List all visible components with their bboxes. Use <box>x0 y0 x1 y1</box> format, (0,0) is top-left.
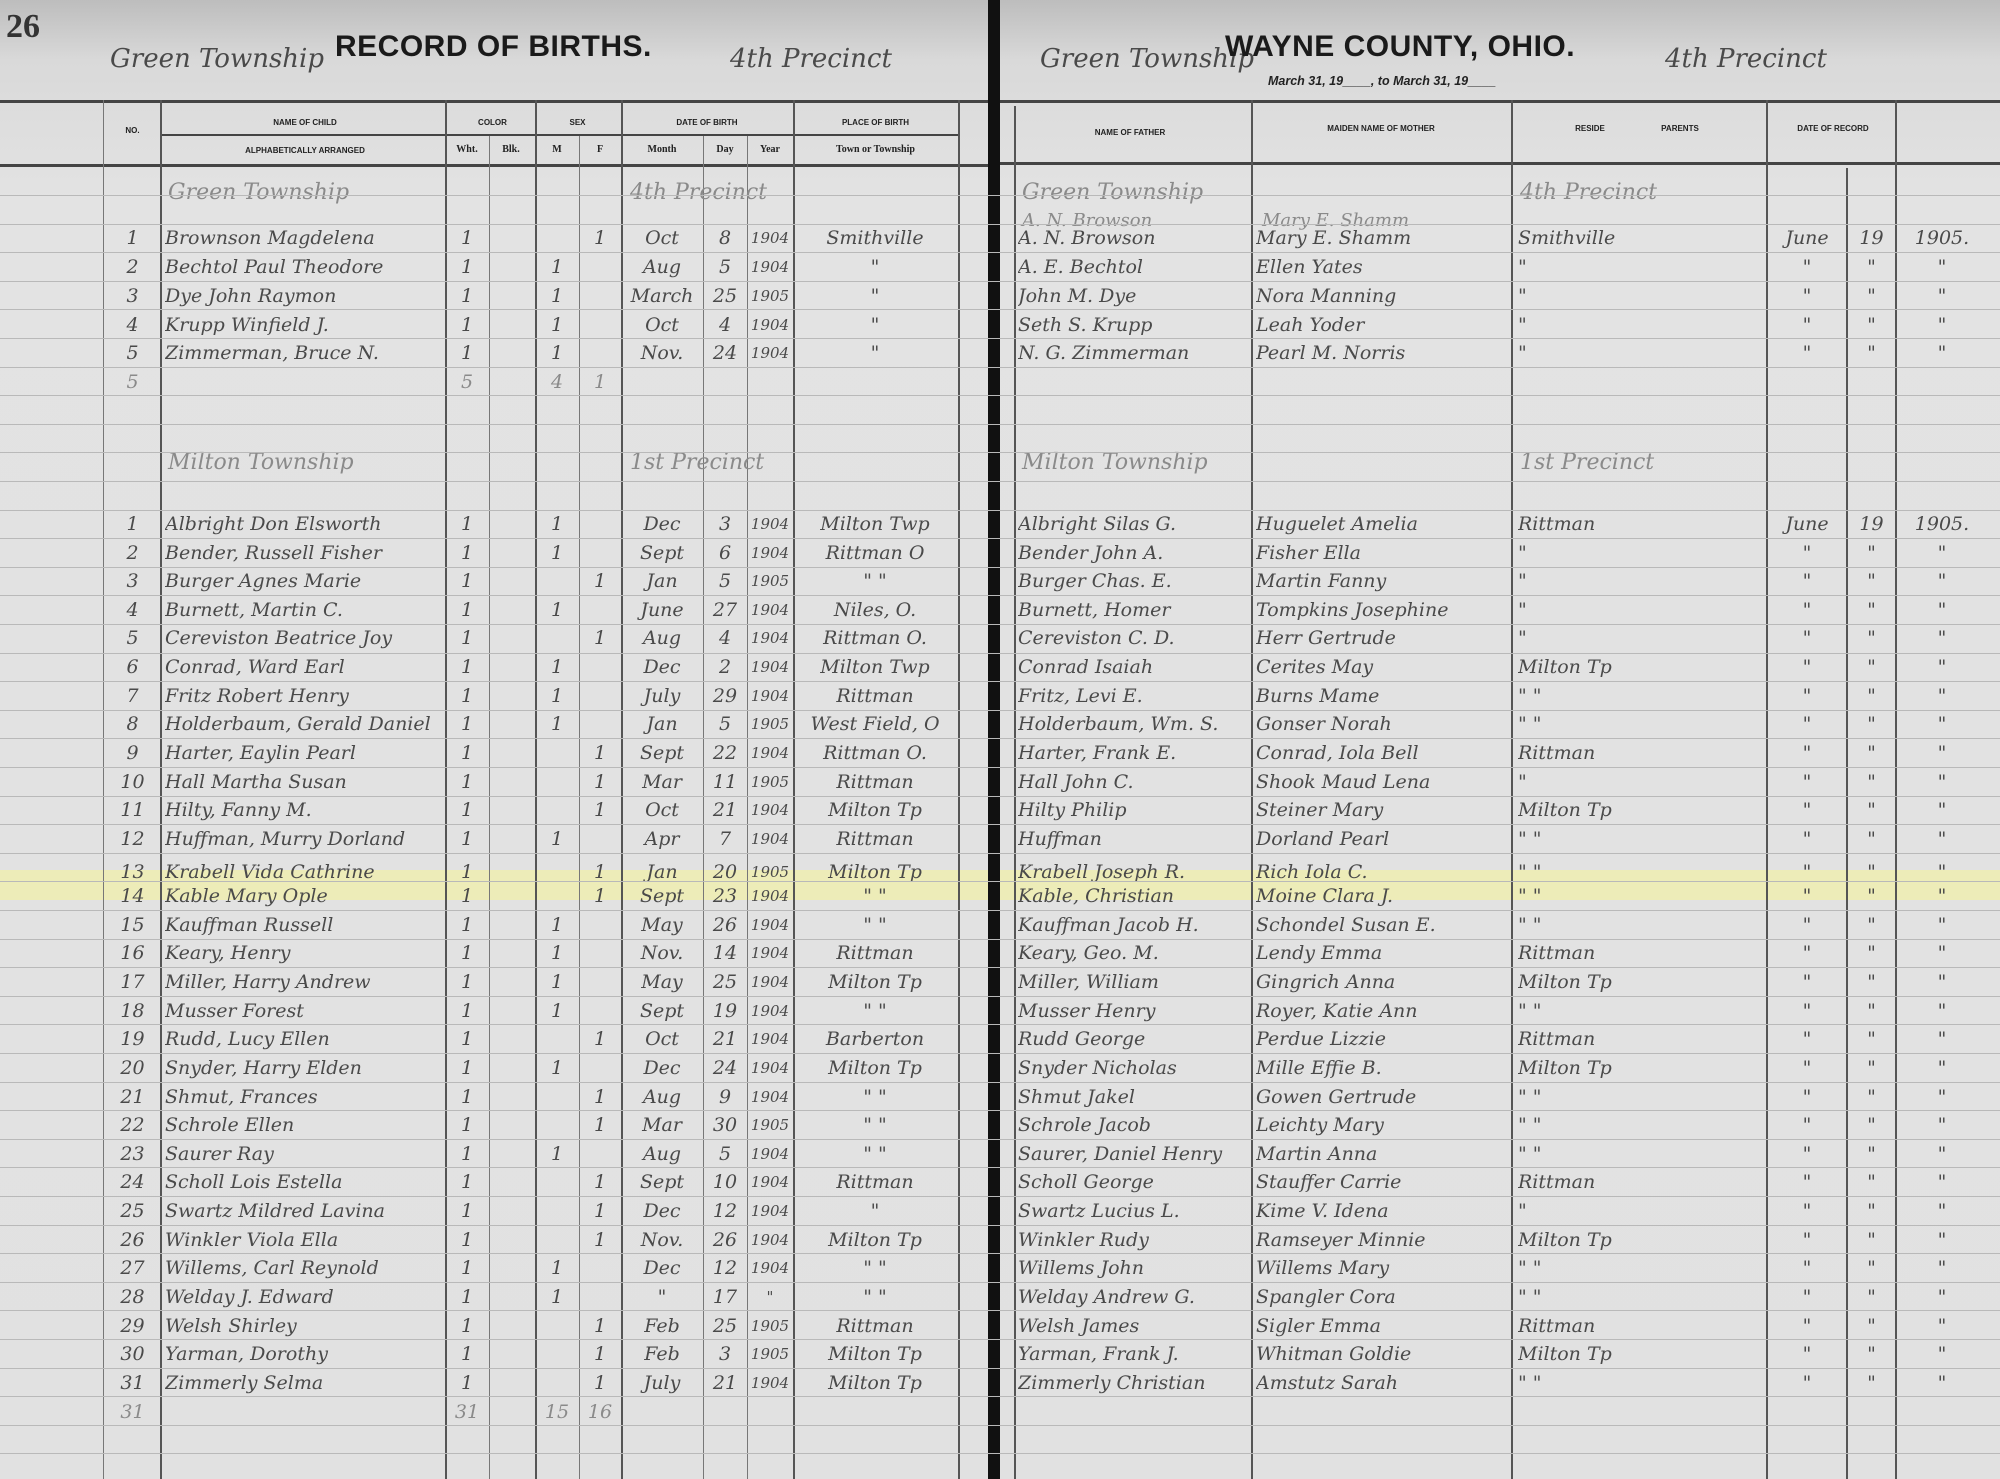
color-wht: 1 <box>445 282 489 311</box>
record-month: " <box>1768 968 1846 997</box>
record-month: " <box>1768 1312 1846 1341</box>
parents-reside: " " <box>1518 1111 1763 1140</box>
row-number: 23 <box>105 1140 160 1169</box>
mother-maiden-name: Stauffer Carrie <box>1256 1168 1511 1197</box>
sex-f: 1 <box>579 1226 621 1255</box>
ruled-line <box>0 767 2000 768</box>
color-blk <box>489 653 533 682</box>
record-day: " <box>1848 1054 1895 1083</box>
sex-f <box>579 1283 621 1312</box>
mother-maiden-name: Nora Manning <box>1256 282 1511 311</box>
parents-reside: Milton Tp <box>1518 968 1763 997</box>
parents-reside: " " <box>1518 682 1763 711</box>
child-name: Rudd, Lucy Ellen <box>165 1025 445 1054</box>
color-wht: 1 <box>445 825 489 854</box>
birth-year: 1904 <box>747 539 793 568</box>
table-row: Yarman, Frank J.Whitman GoldieMilton Tp"… <box>1000 1340 2000 1369</box>
father-name: Burnett, Homer <box>1018 596 1251 625</box>
sex-m <box>535 1025 579 1054</box>
record-year: " <box>1897 882 1987 911</box>
sex-m: 1 <box>535 710 579 739</box>
birth-place: " " <box>795 911 955 940</box>
sex-f: 1 <box>579 624 621 653</box>
table-row: 19Rudd, Lucy Ellen11Oct211904Barberton <box>0 1025 988 1054</box>
color-blk <box>489 339 533 368</box>
row-number: 11 <box>105 796 160 825</box>
record-day: " <box>1848 282 1895 311</box>
color-wht: 1 <box>445 624 489 653</box>
table-row: 15Kauffman Russell11May261904" " <box>0 911 988 940</box>
birth-place: " " <box>795 1111 955 1140</box>
sex-f: 1 <box>579 1369 621 1398</box>
table-row: 12Huffman, Murry Dorland11Apr71904Rittma… <box>0 825 988 854</box>
col-date-of-record: DATE OF RECORD <box>1768 124 1898 133</box>
birth-month: Mar <box>621 768 703 797</box>
table-row: Scholl GeorgeStauffer CarrieRittman""" <box>1000 1168 2000 1197</box>
birth-year: 1904 <box>747 739 793 768</box>
parents-reside: " <box>1518 624 1763 653</box>
sex-m <box>535 768 579 797</box>
birth-month: Nov. <box>621 339 703 368</box>
birth-day: 4 <box>703 624 747 653</box>
parents-reside: " <box>1518 539 1763 568</box>
birth-day: 25 <box>703 282 747 311</box>
record-day: " <box>1848 882 1895 911</box>
mother-maiden-name: Sigler Emma <box>1256 1312 1511 1341</box>
ruled-line <box>0 538 2000 539</box>
color-wht: 1 <box>445 1140 489 1169</box>
record-day: " <box>1848 596 1895 625</box>
birth-place: Rittman <box>795 939 955 968</box>
table-row: 25Swartz Mildred Lavina11Dec121904" <box>0 1197 988 1226</box>
color-blk <box>489 682 533 711</box>
birth-year: 1904 <box>747 1168 793 1197</box>
sex-m: 1 <box>535 653 579 682</box>
sex-m <box>535 1340 579 1369</box>
birth-day: 26 <box>703 911 747 940</box>
sex-f: 1 <box>579 1111 621 1140</box>
child-name: Krupp Winfield J. <box>165 311 445 340</box>
right-page-title: WAYNE COUNTY, OHIO. <box>1225 30 1575 64</box>
record-day: " <box>1848 1083 1895 1112</box>
parents-reside: " <box>1518 596 1763 625</box>
record-month: " <box>1768 1197 1846 1226</box>
father-name: Huffman <box>1018 825 1251 854</box>
section-totals-row: 31311516 <box>0 1398 988 1427</box>
father-name: Shmut Jakel <box>1018 1083 1251 1112</box>
parents-reside: " " <box>1518 1369 1763 1398</box>
parents-reside: " <box>1518 1197 1763 1226</box>
row-number: 27 <box>105 1254 160 1283</box>
record-month: " <box>1768 1254 1846 1283</box>
table-row: 18Musser Forest11Sept191904" " <box>0 997 988 1026</box>
row-number: 5 <box>105 624 160 653</box>
record-month: " <box>1768 1111 1846 1140</box>
color-blk <box>489 311 533 340</box>
sex-m: 1 <box>535 825 579 854</box>
record-day: " <box>1848 796 1895 825</box>
birth-place: Milton Tp <box>795 968 955 997</box>
child-name: Holderbaum, Gerald Daniel <box>165 710 445 739</box>
record-day: " <box>1848 1226 1895 1255</box>
birth-day: 27 <box>703 596 747 625</box>
parents-reside: " <box>1518 253 1763 282</box>
sex-f: 1 <box>579 768 621 797</box>
record-year: " <box>1897 997 1987 1026</box>
sex-m: 1 <box>535 1140 579 1169</box>
birth-day: 2 <box>703 653 747 682</box>
child-name: Shmut, Frances <box>165 1083 445 1112</box>
record-year: " <box>1897 596 1987 625</box>
birth-place: Rittman O <box>795 539 955 568</box>
birth-year: 1904 <box>747 253 793 282</box>
color-blk <box>489 1168 533 1197</box>
ruled-line <box>0 1425 2000 1426</box>
row-number: 2 <box>105 539 160 568</box>
color-blk <box>489 939 533 968</box>
row-number: 16 <box>105 939 160 968</box>
mother-maiden-name: Royer, Katie Ann <box>1256 997 1511 1026</box>
sex-f: 1 <box>579 796 621 825</box>
table-row: Albright Silas G.Huguelet AmeliaRittmanJ… <box>1000 510 2000 539</box>
birth-year: 1904 <box>747 825 793 854</box>
left-header-township: Green Township <box>110 44 324 74</box>
sex-f <box>579 1140 621 1169</box>
record-month: " <box>1768 1226 1846 1255</box>
record-month: " <box>1768 1083 1846 1112</box>
mother-maiden-name: Pearl M. Norris <box>1256 339 1511 368</box>
color-blk <box>489 1025 533 1054</box>
right-section-milton-precinct: 1st Precinct <box>1520 450 1654 475</box>
parents-reside: " <box>1518 567 1763 596</box>
birth-month: Aug <box>621 624 703 653</box>
birth-day: 10 <box>703 1168 747 1197</box>
col-date-of-birth: DATE OF BIRTH <box>621 118 793 127</box>
mother-maiden-name: Leah Yoder <box>1256 311 1511 340</box>
date-range: March 31, 19____, to March 31, 19____ <box>1268 74 1496 88</box>
father-name: Willems John <box>1018 1254 1251 1283</box>
color-blk <box>489 282 533 311</box>
sex-f <box>579 510 621 539</box>
parents-reside: " <box>1518 339 1763 368</box>
birth-place: Rittman <box>795 825 955 854</box>
record-day: " <box>1848 567 1895 596</box>
row-number: 21 <box>105 1083 160 1112</box>
child-name: Willems, Carl Reynold <box>165 1254 445 1283</box>
birth-year: 1904 <box>747 911 793 940</box>
sex-m: 1 <box>535 1254 579 1283</box>
row-number: 30 <box>105 1340 160 1369</box>
birth-month: Sept <box>621 739 703 768</box>
record-day: " <box>1848 1312 1895 1341</box>
record-day: " <box>1848 1025 1895 1054</box>
ruled-line <box>0 281 2000 282</box>
ruled-line <box>0 1396 2000 1397</box>
table-row: 6Conrad, Ward Earl11Dec21904Milton Twp <box>0 653 988 682</box>
table-row: 5Cereviston Beatrice Joy11Aug41904Rittma… <box>0 624 988 653</box>
birth-year: 1904 <box>747 596 793 625</box>
mother-maiden-name: Conrad, Iola Bell <box>1256 739 1511 768</box>
ruled-line <box>0 1110 2000 1111</box>
birth-month: Aug <box>621 253 703 282</box>
child-name: Kauffman Russell <box>165 911 445 940</box>
col-blk: Blk. <box>489 144 533 155</box>
ruled-line <box>0 1024 2000 1025</box>
color-blk <box>489 825 533 854</box>
birth-year: 1904 <box>747 1054 793 1083</box>
sex-f: 1 <box>579 1312 621 1341</box>
right-header-rule-top <box>1000 100 2000 103</box>
table-row: Hall John C.Shook Maud Lena"""" <box>1000 768 2000 797</box>
color-wht: 1 <box>445 510 489 539</box>
color-wht: 1 <box>445 224 489 253</box>
parents-reside: " " <box>1518 882 1763 911</box>
birth-place: Milton Tp <box>795 1054 955 1083</box>
birth-year: 1904 <box>747 1226 793 1255</box>
sex-m <box>535 1168 579 1197</box>
child-name: Saurer Ray <box>165 1140 445 1169</box>
table-row: 4Burnett, Martin C.11June271904Niles, O. <box>0 596 988 625</box>
ruled-line <box>0 1196 2000 1197</box>
sex-f: 1 <box>579 1168 621 1197</box>
col-place-of-birth: PLACE OF BIRTH <box>793 118 958 127</box>
birth-place: " <box>795 1197 955 1226</box>
mother-maiden-name: Fisher Ella <box>1256 539 1511 568</box>
sex-f <box>579 968 621 997</box>
table-row: 28Welday J. Edward11"17"" " <box>0 1283 988 1312</box>
record-day: " <box>1848 911 1895 940</box>
birth-month: May <box>621 911 703 940</box>
record-day: " <box>1848 682 1895 711</box>
sex-f: 1 <box>579 1197 621 1226</box>
ruled-line <box>0 452 2000 453</box>
header-rule-mid <box>160 134 958 136</box>
record-year: " <box>1897 1025 1987 1054</box>
total-count: 31 <box>105 1398 160 1427</box>
sex-m <box>535 1226 579 1255</box>
sex-m <box>535 1083 579 1112</box>
table-row: John M. DyeNora Manning"""" <box>1000 282 2000 311</box>
record-year: " <box>1897 825 1987 854</box>
record-year: " <box>1897 768 1987 797</box>
table-row: Miller, WilliamGingrich AnnaMilton Tp""" <box>1000 968 2000 997</box>
birth-day: 5 <box>703 710 747 739</box>
col-color: COLOR <box>445 118 540 127</box>
mother-maiden-name: Burns Mame <box>1256 682 1511 711</box>
birth-year: 1905 <box>747 768 793 797</box>
record-year: " <box>1897 1340 1987 1369</box>
birth-year: 1904 <box>747 939 793 968</box>
color-blk <box>489 1083 533 1112</box>
sex-f <box>579 825 621 854</box>
birth-year: 1904 <box>747 339 793 368</box>
record-year: " <box>1897 1168 1987 1197</box>
table-row: 1Brownson Magdelena11Oct81904Smithville <box>0 224 988 253</box>
birth-month: Feb <box>621 1340 703 1369</box>
birth-day: 22 <box>703 739 747 768</box>
table-row: 2Bender, Russell Fisher11Sept61904Rittma… <box>0 539 988 568</box>
ruled-line <box>0 567 2000 568</box>
record-year: " <box>1897 282 1987 311</box>
birth-month: Sept <box>621 1168 703 1197</box>
father-name: Winkler Rudy <box>1018 1226 1251 1255</box>
parents-reside: Milton Tp <box>1518 1340 1763 1369</box>
sex-f <box>579 253 621 282</box>
color-wht: 1 <box>445 1254 489 1283</box>
color-blk <box>489 768 533 797</box>
table-row: 7Fritz Robert Henry11July291904Rittman <box>0 682 988 711</box>
record-year: " <box>1897 1197 1987 1226</box>
father-name: Hilty Philip <box>1018 796 1251 825</box>
record-year: " <box>1897 653 1987 682</box>
birth-place: Niles, O. <box>795 596 955 625</box>
parents-reside: " " <box>1518 997 1763 1026</box>
ruled-line <box>0 796 2000 797</box>
sex-f: 1 <box>579 1025 621 1054</box>
record-day: " <box>1848 1254 1895 1283</box>
ruled-line <box>0 195 2000 196</box>
table-row: Kable, ChristianMoine Clara J." """" <box>1000 882 2000 911</box>
birth-day: 14 <box>703 939 747 968</box>
sex-f: 1 <box>579 224 621 253</box>
birth-month: Dec <box>621 510 703 539</box>
child-name: Burnett, Martin C. <box>165 596 445 625</box>
table-row: Snyder NicholasMille Effie B.Milton Tp""… <box>1000 1054 2000 1083</box>
mother-maiden-name: Schondel Susan E. <box>1256 911 1511 940</box>
table-row: 3Burger Agnes Marie11Jan51905" " <box>0 567 988 596</box>
birth-month: Aug <box>621 1083 703 1112</box>
mother-maiden-name: Mary E. Shamm <box>1256 224 1511 253</box>
birth-day: 29 <box>703 682 747 711</box>
record-month: " <box>1768 624 1846 653</box>
mother-maiden-name: Ramseyer Minnie <box>1256 1226 1511 1255</box>
record-year: " <box>1897 1140 1987 1169</box>
row-number: 7 <box>105 682 160 711</box>
sex-f: 1 <box>579 882 621 911</box>
table-row: N. G. ZimmermanPearl M. Norris"""" <box>1000 339 2000 368</box>
mother-maiden-name: Gonser Norah <box>1256 710 1511 739</box>
sex-f <box>579 596 621 625</box>
header-rule-bottom <box>0 164 988 167</box>
birth-day: 7 <box>703 825 747 854</box>
color-wht: 1 <box>445 539 489 568</box>
birth-month: Oct <box>621 796 703 825</box>
section-milton-township: Milton Township <box>168 450 354 475</box>
ruled-line <box>0 1253 2000 1254</box>
birth-month: Dec <box>621 1197 703 1226</box>
record-month: " <box>1768 339 1846 368</box>
color-wht: 1 <box>445 1312 489 1341</box>
birth-year: 1905 <box>747 282 793 311</box>
row-number: 1 <box>105 510 160 539</box>
sex-f <box>579 682 621 711</box>
row-number: 25 <box>105 1197 160 1226</box>
color-wht: 1 <box>445 596 489 625</box>
table-row: 11Hilty, Fanny M.11Oct211904Milton Tp <box>0 796 988 825</box>
parents-reside: Milton Tp <box>1518 1226 1763 1255</box>
color-blk <box>489 510 533 539</box>
birth-month: Mar <box>621 1111 703 1140</box>
birth-day: 5 <box>703 567 747 596</box>
child-name: Burger Agnes Marie <box>165 567 445 596</box>
row-number: 15 <box>105 911 160 940</box>
record-day: " <box>1848 997 1895 1026</box>
color-wht: 1 <box>445 768 489 797</box>
child-name: Swartz Mildred Lavina <box>165 1197 445 1226</box>
father-name: Rudd George <box>1018 1025 1251 1054</box>
ruled-line <box>0 510 2000 511</box>
child-name: Welsh Shirley <box>165 1312 445 1341</box>
color-wht: 1 <box>445 997 489 1026</box>
birth-year: 1904 <box>747 224 793 253</box>
sex-f: 1 <box>579 1340 621 1369</box>
sex-m: 1 <box>535 510 579 539</box>
birth-day: 30 <box>703 1111 747 1140</box>
row-number: 18 <box>105 997 160 1026</box>
color-wht: 1 <box>445 682 489 711</box>
parents-reside: " <box>1518 282 1763 311</box>
ruled-line <box>0 710 2000 711</box>
birth-month: Jan <box>621 710 703 739</box>
father-name: Kable, Christian <box>1018 882 1251 911</box>
mother-maiden-name: Ellen Yates <box>1256 253 1511 282</box>
mother-maiden-name: Leichty Mary <box>1256 1111 1511 1140</box>
birth-day: 8 <box>703 224 747 253</box>
father-name: A. N. Browson <box>1018 224 1251 253</box>
color-blk <box>489 1054 533 1083</box>
record-year: " <box>1897 539 1987 568</box>
father-name: Burger Chas. E. <box>1018 567 1251 596</box>
father-name: Yarman, Frank J. <box>1018 1340 1251 1369</box>
birth-place: " <box>795 253 955 282</box>
ruled-line <box>0 996 2000 997</box>
father-name: Scholl George <box>1018 1168 1251 1197</box>
col-wht: Wht. <box>445 144 489 155</box>
ruled-line <box>0 595 2000 596</box>
table-row: 2Bechtol Paul Theodore11Aug51904" <box>0 253 988 282</box>
father-name: Kauffman Jacob H. <box>1018 911 1251 940</box>
color-blk <box>489 1140 533 1169</box>
ruled-line <box>0 309 2000 310</box>
color-blk <box>489 1226 533 1255</box>
birth-day: 26 <box>703 1226 747 1255</box>
table-row: 23Saurer Ray11Aug51904" " <box>0 1140 988 1169</box>
record-month: " <box>1768 1140 1846 1169</box>
record-month: June <box>1768 510 1846 539</box>
ruled-line <box>0 853 2000 854</box>
ruled-line <box>0 681 2000 682</box>
record-day: " <box>1848 539 1895 568</box>
child-name: Scholl Lois Estella <box>165 1168 445 1197</box>
table-row: Keary, Geo. M.Lendy EmmaRittman""" <box>1000 939 2000 968</box>
record-month: " <box>1768 768 1846 797</box>
record-year: " <box>1897 939 1987 968</box>
record-year: " <box>1897 739 1987 768</box>
record-month: " <box>1768 282 1846 311</box>
right-page: Green Township WAYNE COUNTY, OHIO. 4th P… <box>1000 0 2000 1479</box>
color-wht: 1 <box>445 796 489 825</box>
ruled-line <box>0 395 2000 396</box>
sex-m: 1 <box>535 539 579 568</box>
birth-place: Rittman <box>795 682 955 711</box>
ruled-line <box>0 1453 2000 1454</box>
table-row: 29Welsh Shirley11Feb251905Rittman <box>0 1312 988 1341</box>
record-month: " <box>1768 911 1846 940</box>
sex-m: 1 <box>535 339 579 368</box>
birth-place: " " <box>795 882 955 911</box>
record-month: " <box>1768 596 1846 625</box>
mother-maiden-name: Lendy Emma <box>1256 939 1511 968</box>
